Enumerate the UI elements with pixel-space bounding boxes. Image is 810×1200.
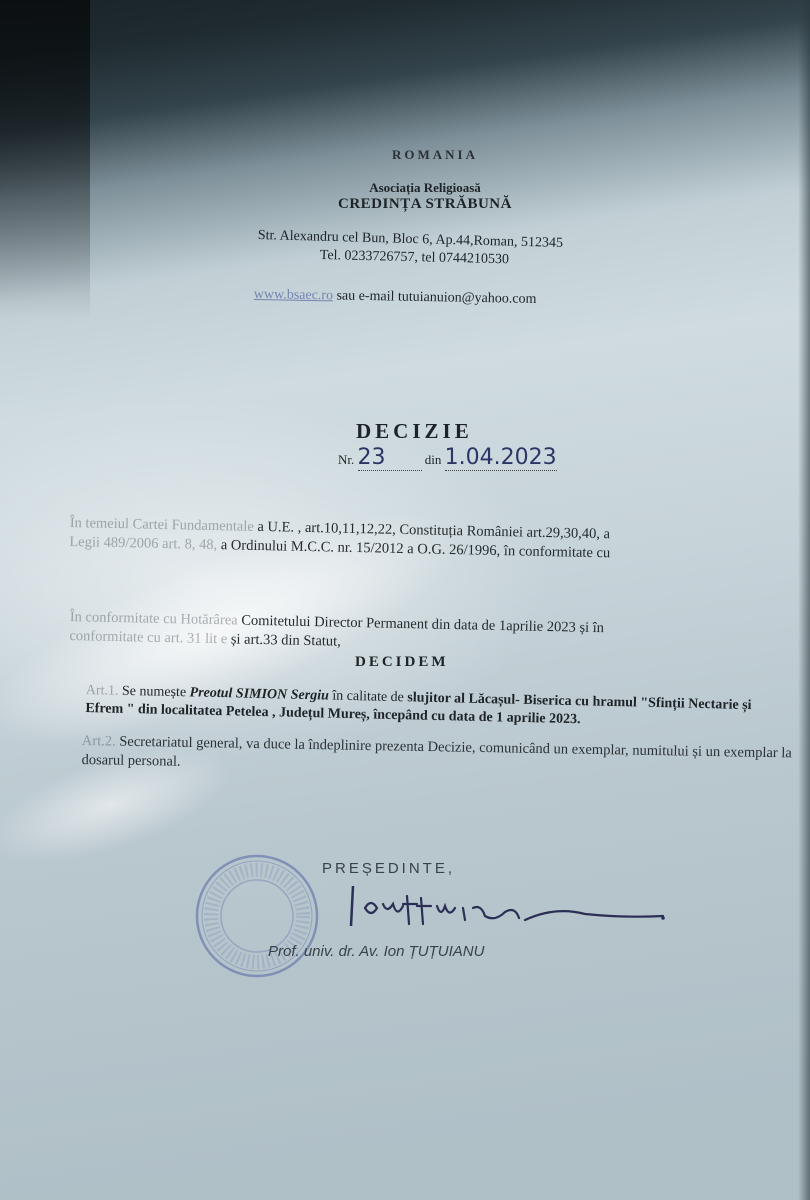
handwritten-signature-icon: [345, 878, 675, 948]
article-1-text: în calitate de: [329, 689, 408, 706]
number-label: Nr.: [338, 452, 354, 467]
date-field: 1.04.2023: [445, 445, 557, 471]
article-2-text: Secretariatul general, va duce la îndepl…: [81, 734, 792, 770]
website-link[interactable]: www.bsaec.ro: [254, 287, 333, 303]
signatory-name: Prof. univ. dr. Av. Ion ȚUȚUIANU: [268, 943, 484, 960]
preamble-faded-text: Legii 489/2006 art. 8, 48,: [69, 534, 217, 553]
email-address: tutuianuion@yahoo.com: [398, 290, 537, 307]
preamble-faded-text: În temeiul Cartei Fundamentale: [70, 515, 254, 535]
date-value: 1.04.2023: [445, 445, 557, 470]
association-type: Asociația Religioasă: [0, 180, 810, 196]
contact-line: www.bsaec.ro sau e-mail tutuianuion@yaho…: [254, 287, 537, 308]
preamble-faded-text: conformitate cu art. 31 lit e: [69, 628, 227, 647]
document-photo: ROMANIA Asociația Religioasă CREDINȚA ST…: [0, 0, 810, 1200]
address: Str. Alexandru cel Bun, Bloc 6, Ap.44,Ro…: [258, 228, 564, 252]
appointee-name: Preotul SIMION Sergiu: [189, 685, 329, 703]
association-name: CREDINȚA STRĂBUNĂ: [0, 196, 810, 213]
preamble-legal-basis: În temeiul Cartei Fundamentale a U.E. , …: [69, 514, 800, 567]
decision-heading: DECIDEM: [355, 654, 449, 671]
document-number-line: Nr. 23 din 1.04.2023: [338, 445, 557, 471]
number-field: 23: [358, 445, 422, 471]
article-1-label: Art.1.: [86, 683, 119, 699]
article-1: Art.1. Se numește Preotul SIMION Sergiu …: [85, 682, 786, 734]
phone-numbers: Tel. 0233726757, tel 0744210530: [320, 248, 509, 268]
document-title: DECIZIE: [356, 419, 473, 444]
number-value: 23: [358, 445, 386, 470]
preamble-faded-text: În conformitate cu Hotărârea: [70, 609, 238, 629]
contact-separator: sau e-mail: [333, 288, 398, 304]
round-seal-icon: [193, 852, 321, 980]
signatory-role: PREȘEDINTE,: [322, 860, 455, 877]
article-1-text: Se numește: [118, 684, 189, 701]
date-label: din: [425, 452, 442, 467]
preamble-text: și art.33 din Statut,: [227, 631, 341, 649]
article-2-label: Art.2.: [82, 733, 116, 750]
country-header: ROMANIA: [0, 147, 810, 163]
